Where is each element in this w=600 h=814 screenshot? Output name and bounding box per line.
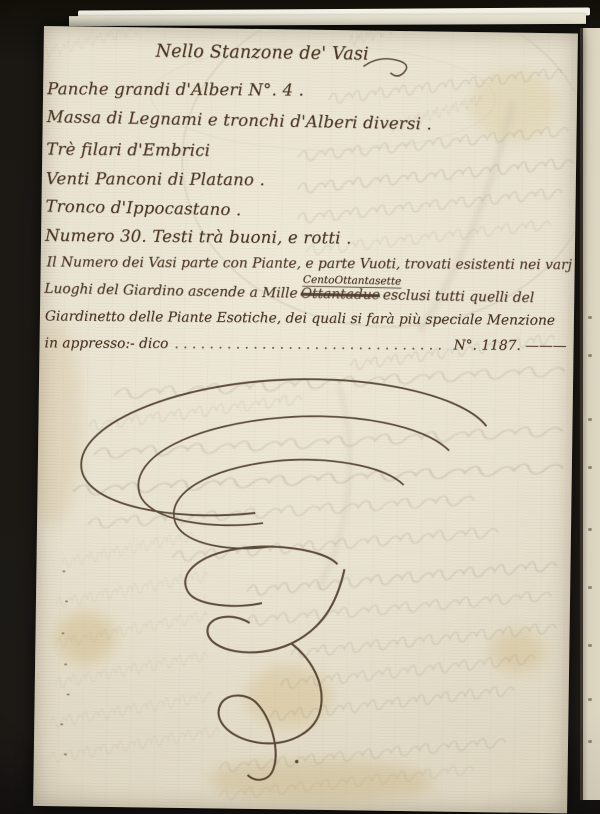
- correction: OttantadueCentoOttantasette: [300, 286, 379, 304]
- inventory-line: Panche grandi d'Alberi N°. 4 .: [47, 79, 304, 99]
- paragraph-line-with-correction: Luoghi del Giardino ascende a MilleOttan…: [44, 281, 534, 306]
- ink-speck: [65, 600, 68, 602]
- flourish-arc-2: [138, 414, 450, 529]
- ink-speck: [588, 740, 592, 743]
- paper-stain: [490, 630, 546, 673]
- ink-speck: [588, 316, 592, 319]
- ink-speck: [588, 466, 592, 469]
- inventory-line: Numero 30. Testi trà buoni, e rotti .: [45, 226, 352, 248]
- ink-speck: [588, 418, 592, 421]
- flourish-arc-4: [185, 546, 338, 608]
- flourish-dot: [295, 760, 298, 763]
- inserted-word: CentoOttantasette: [303, 274, 402, 289]
- inventory-line: Venti Panconi di Platano .: [46, 169, 265, 189]
- ink-speck: [588, 586, 592, 589]
- paragraph-line: Il Numero dei Vasi parte con Piante, e p…: [47, 254, 572, 273]
- paper-stain: [246, 665, 332, 728]
- dotted-leader: . . . . . . . . . . . . . . . . . . . . …: [174, 336, 447, 353]
- ink-speck: [62, 570, 65, 572]
- showthrough-swash: [318, 386, 351, 590]
- inventory-line: Trè filari d'Embrici: [46, 139, 210, 159]
- cancel-flourish: [77, 376, 487, 783]
- flourish-tail-2: [218, 643, 323, 781]
- manuscript-page: Nello Stanzone de' Vasi Panche grandi d'…: [33, 26, 578, 813]
- total-count: N°. 1187. ———: [454, 337, 567, 354]
- paragraph-text: esclusi tutti quelli del: [383, 287, 535, 306]
- ink-speck: [588, 528, 592, 531]
- flourish-arc-1: [81, 376, 488, 519]
- ink-speck: [64, 753, 67, 755]
- paragraph-line: Giardinetto delle Piante Esotiche, dei q…: [45, 308, 555, 328]
- ink-speck: [67, 693, 70, 695]
- paper-stain: [55, 611, 116, 664]
- inventory-line: Massa di Legnami e tronchi d'Alberi dive…: [47, 107, 433, 133]
- closing-text: in appresso:- dico: [45, 335, 169, 352]
- photograph-background: Nello Stanzone de' Vasi Panche grandi d'…: [0, 0, 600, 814]
- ink-speck: [588, 698, 592, 701]
- paper-stain: [33, 321, 83, 527]
- inventory-line: Tronco d'Ippocastano .: [45, 197, 241, 220]
- title-swash: [363, 58, 406, 76]
- stacked-sheet-edge: [69, 14, 586, 26]
- paragraph-closing-line: in appresso:- dico . . . . . . . . . . .…: [45, 335, 567, 354]
- paragraph-text: Luoghi del Giardino ascende a Mille: [44, 281, 298, 302]
- ink-speck: [60, 723, 63, 725]
- facing-page-sliver: [580, 28, 600, 800]
- ink-speck: [64, 663, 67, 665]
- ink-speck: [588, 354, 592, 357]
- ink-speck: [588, 644, 592, 647]
- flourish-arc-3: [173, 458, 404, 551]
- ink-speck: [62, 632, 65, 634]
- paper-stain: [470, 70, 556, 141]
- flourish-tail-1: [207, 567, 344, 653]
- page-title: Nello Stanzone de' Vasi: [156, 42, 369, 65]
- struck-word: Ottantadue: [300, 286, 379, 304]
- paper-stain: [208, 758, 434, 803]
